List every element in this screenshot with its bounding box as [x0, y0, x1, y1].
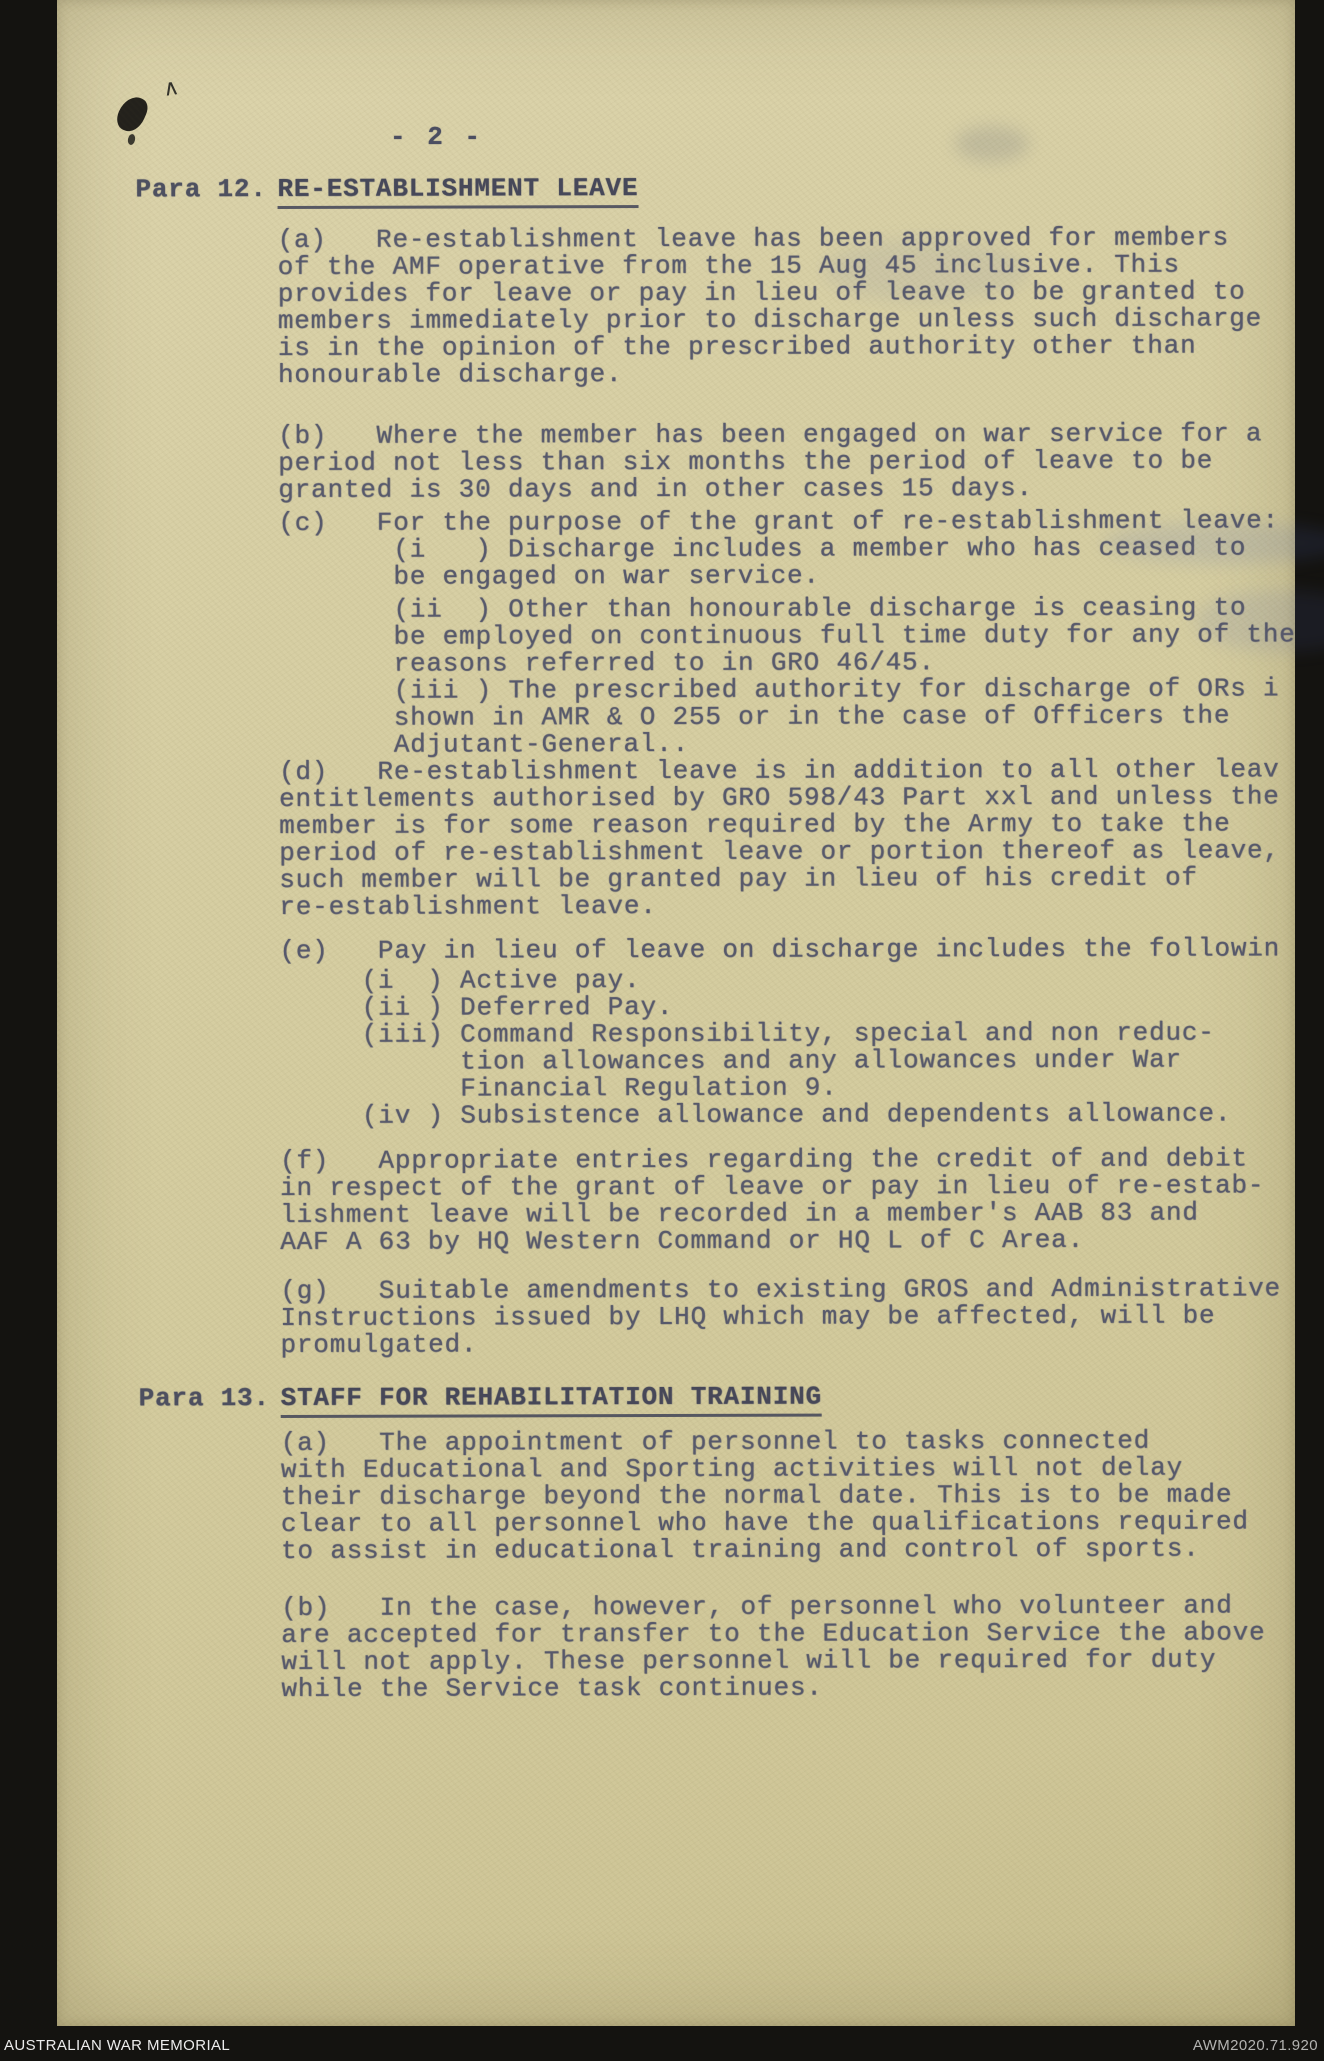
- typewritten-line: granted is 30 days and in other cases 15…: [278, 474, 1298, 504]
- typewritten-line: shown in AMR & O 255 or in the case of O…: [279, 702, 1299, 732]
- ink-blot: [113, 92, 151, 135]
- scanned-document-page: ∧ - 2 - Para 12.RE-ESTABLISHMENT LEAVE(a…: [0, 0, 1324, 2061]
- paragraph: (iii ) The prescribed authority for disc…: [279, 675, 1299, 759]
- para-label: Para 13.: [139, 1385, 281, 1412]
- typewritten-line: will not apply. These personnel will be …: [281, 1646, 1301, 1676]
- typewritten-line: such member will be granted pay in lieu …: [279, 864, 1299, 894]
- typewritten-line: to assist in educational training and co…: [281, 1535, 1301, 1565]
- paragraph: (i ) Discharge includes a member who has…: [278, 534, 1298, 591]
- typewritten-line: (iv ) Subsistence allowance and dependen…: [280, 1100, 1300, 1130]
- paragraph: (d) Re-establishment leave is in additio…: [279, 756, 1299, 921]
- typewritten-line: (e) Pay in lieu of leave on discharge in…: [279, 935, 1299, 965]
- catalog-number: AWM2020.71.920: [1193, 2037, 1318, 2054]
- paragraph: (i ) Active pay. (ii ) Deferred Pay. (ii…: [280, 965, 1300, 1130]
- section-heading: STAFF FOR REHABILITATION TRAINING: [281, 1382, 822, 1418]
- pencil-mark: ∧: [161, 75, 180, 102]
- archive-institution-label: AUSTRALIAN WAR MEMORIAL: [4, 2037, 230, 2054]
- typewritten-content: Para 12.RE-ESTABLISHMENT LEAVE(a) Re-est…: [277, 0, 1301, 1703]
- para-label: Para 12.: [135, 176, 277, 203]
- typewritten-line: be engaged on war service.: [278, 561, 1298, 591]
- document-paper: ∧ - 2 - Para 12.RE-ESTABLISHMENT LEAVE(a…: [57, 0, 1295, 2026]
- typewritten-line: be employed on continuous full time duty…: [279, 621, 1299, 651]
- section-head: Para 13.STAFF FOR REHABILITATION TRAININ…: [139, 1382, 1301, 1412]
- typewritten-line: re-establishment leave.: [279, 891, 1299, 921]
- typewritten-line: while the Service task continues.: [281, 1673, 1301, 1703]
- section-heading: RE-ESTABLISHMENT LEAVE: [277, 173, 638, 209]
- typewritten-line: is in the opinion of the prescribed auth…: [278, 332, 1298, 362]
- typewritten-line: Instructions issued by LHQ which may be …: [280, 1302, 1300, 1332]
- typewritten-line: honourable discharge.: [278, 359, 1298, 389]
- paragraph: (e) Pay in lieu of leave on discharge in…: [279, 935, 1299, 965]
- paragraph: (b) In the case, however, of personnel w…: [281, 1592, 1301, 1703]
- typewritten-line: (i ) Active pay.: [280, 965, 1300, 995]
- typewritten-line: tion allowances and any allowances under…: [280, 1046, 1300, 1076]
- paragraph: (a) Re-establishment leave has been appr…: [278, 224, 1298, 389]
- paragraph: (f) Appropriate entries regarding the cr…: [280, 1145, 1300, 1256]
- paragraph: (b) Where the member has been engaged on…: [278, 420, 1298, 504]
- typewritten-line: period not less than six months the peri…: [278, 447, 1298, 477]
- section-head: Para 12.RE-ESTABLISHMENT LEAVE: [135, 173, 1297, 203]
- ink-speck: [127, 133, 136, 145]
- paragraph: (ii ) Other than honourable discharge is…: [279, 594, 1299, 678]
- typewritten-line: lishment leave will be recorded in a mem…: [280, 1199, 1300, 1229]
- typewritten-line: promulgated.: [280, 1329, 1300, 1359]
- paragraph: (g) Suitable amendments to existing GROS…: [280, 1275, 1300, 1359]
- paragraph: (a) The appointment of personnel to task…: [281, 1427, 1301, 1565]
- typewritten-line: (i ) Discharge includes a member who has…: [278, 534, 1298, 564]
- typewritten-line: AAF A 63 by HQ Western Command or HQ L o…: [280, 1226, 1300, 1256]
